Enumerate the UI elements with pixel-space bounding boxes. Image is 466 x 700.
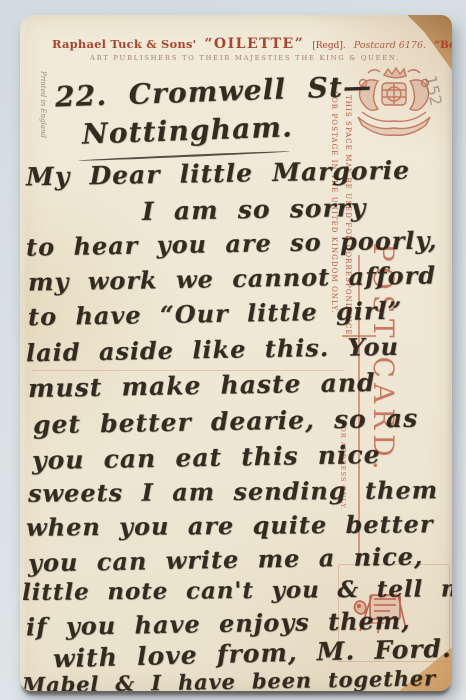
handwriting-line: 22. Cromwell St— xyxy=(55,69,373,113)
handwriting-line: Nottingham. xyxy=(81,110,293,150)
series-number: Postcard 6176. xyxy=(354,40,426,51)
handwriting-line: laid aside like this. You xyxy=(26,332,399,368)
handwriting-line: I am so sorry xyxy=(142,193,367,226)
printed-in-england-label: Printed in England xyxy=(39,71,47,221)
handwriting-line: when you are quite better xyxy=(26,509,434,542)
publisher-name: Raphael Tuck & Sons' xyxy=(52,37,196,51)
handwriting-line: sweets I am sending them xyxy=(28,475,438,508)
publisher-subheader: ART PUBLISHERS TO THEIR MAJESTIES THE KI… xyxy=(90,54,390,62)
series-title: “Boston. xyxy=(434,39,452,51)
handwriting-line: you can eat this nice xyxy=(32,440,381,475)
handwriting-line: get better dearie, so as xyxy=(33,404,419,440)
handwriting-line: must make haste and xyxy=(28,368,376,403)
regd-mark: [Regd]. xyxy=(312,41,346,51)
handwriting-line: little note can't you & tell me xyxy=(22,575,452,606)
handwriting-line: My Dear little Margorie xyxy=(26,156,410,192)
postcard: Raphael Tuck & Sons' “OILETTE” [Regd]. P… xyxy=(20,15,452,691)
publisher-header: Raphael Tuck & Sons' “OILETTE” [Regd]. P… xyxy=(44,28,438,52)
brand-oilette: “OILETTE” xyxy=(204,36,304,52)
